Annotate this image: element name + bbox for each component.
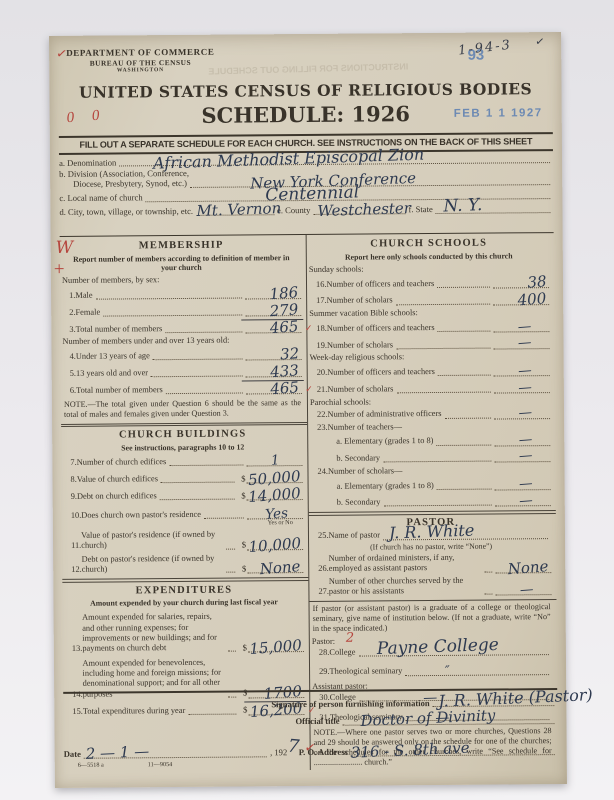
q17-number: 17. [309, 296, 327, 306]
q6-label: Total number of members [76, 385, 163, 396]
q1-answer: 186 [245, 289, 301, 299]
parochial-schools-group: Parochial schools: [310, 396, 550, 408]
section-divider [62, 577, 308, 583]
q5-answer: 433 [246, 367, 302, 377]
dotted-leader [437, 285, 490, 287]
q25-row: 25. Name of pastor J. R. White [311, 530, 551, 542]
q8-row: 8. Value of church edifices $ 50,000 [63, 473, 302, 485]
q17-label: Number of scholars [327, 296, 393, 307]
q7-label: Number of church edifices [77, 457, 167, 468]
q24-label: Number of scholars— [328, 467, 403, 478]
q28-label: College [329, 648, 355, 658]
expenditures-title: EXPENDITURES [64, 584, 303, 599]
sunday-schools-group: Sunday schools: [309, 263, 549, 275]
q16-answer: 38 [493, 278, 549, 288]
q19-label: Number of scholars [327, 340, 393, 351]
q25-hint: (If church has no pastor, write “None”) [311, 541, 551, 552]
q6-answer: 465✓ [246, 384, 302, 394]
dotted-leader [383, 504, 491, 507]
q17-value: 400 [517, 291, 547, 308]
q7-value: 1 [271, 454, 281, 468]
church-schools-subtitle: Report here only schools conducted by th… [313, 251, 545, 262]
q9-number: 9. [64, 492, 77, 502]
church-buildings-subtitle: See instructions, paragraphs 10 to 12 [67, 442, 298, 453]
q4-label: Under 13 years of age [76, 351, 150, 362]
dotted-leader [153, 358, 243, 361]
q17-answer: 400 [493, 295, 549, 305]
q24b-value: — [518, 494, 533, 509]
county-value: Westchester [317, 199, 411, 220]
q13-number: 13. [65, 644, 83, 654]
q11-number: 11. [64, 541, 81, 551]
q28-number: 28. [312, 648, 330, 658]
division-label-line2: Diocese, Presbytery, Synod, etc.) [59, 178, 187, 189]
q9-answer: 14,000 [247, 490, 303, 500]
q23b-row: b. Secondary — [310, 452, 550, 464]
q23b-value: — [518, 450, 533, 465]
dotted-leader [383, 459, 491, 462]
dotted-leader: J. R. White [383, 537, 548, 540]
expenditures-subtitle: Amount expended by your church during la… [68, 598, 299, 609]
q18-row: 18. Number of officers and teachers — [309, 322, 549, 334]
q27-label: Number of other churches served by the p… [329, 575, 482, 597]
agency-line-1: DEPARTMENT OF COMMERCE [66, 47, 214, 59]
official-title-row: Official title Doctor of Divinity [63, 715, 557, 729]
membership-note: NOTE.—The total given under Question 6 s… [64, 398, 301, 420]
dotted-leader [166, 391, 243, 394]
date-value: 2 — 1 — [86, 742, 150, 760]
dotted-leader [438, 374, 491, 376]
signature-label: Signature of person furnishing informati… [271, 698, 429, 710]
q18-answer: — [493, 322, 549, 332]
q27-row: 27. Number of other churches served by t… [311, 575, 551, 597]
q1-label: Male [75, 291, 92, 301]
q5-row: 5. 13 years old and over 433 [63, 367, 302, 379]
official-title-label: Official title [295, 716, 339, 727]
dotted-leader [204, 517, 244, 519]
census-form: ✓ 0 0 W + 93 1-94-3 ✓ FEB 1 1 1927 INSTR… [58, 40, 558, 782]
q10-label: Does church own pastor's residence [81, 510, 201, 521]
q12-row: 12. Debt on pastor's residence (if owned… [64, 553, 303, 575]
q3-label: Total number of members [76, 324, 163, 335]
q2-label: Female [75, 307, 100, 317]
dollar-sign: $ [242, 563, 246, 574]
form-title: UNITED STATES CENSUS OF RELIGIOUS BODIES [58, 80, 552, 103]
q13-answer: 15,000 [248, 642, 304, 652]
q5-label: 13 years old and over [76, 368, 148, 379]
q22-value: — [518, 406, 533, 421]
form-columns: MEMBERSHIP Report number of members acco… [60, 232, 558, 690]
q28-row: 28. College Payne College [312, 646, 552, 658]
q18-value: — [517, 320, 532, 335]
signature-section: Signature of person furnishing informati… [63, 688, 558, 778]
census-form-paper: ✓ 0 0 W + 93 1-94-3 ✓ FEB 1 1 1927 INSTR… [49, 32, 567, 788]
q20-label: Number of officers and teachers [327, 367, 435, 378]
dotted-leader: N. Y. [436, 211, 551, 214]
q24b-row: b. Secondary — [311, 496, 551, 508]
q4-row: 4. Under 13 years of age 32 [63, 350, 302, 362]
q28-value: Payne College [376, 635, 499, 660]
q3-row: 3. Total number of members 465✓ [62, 323, 301, 335]
q2-answer: 279 [245, 306, 301, 316]
dotted-leader: Payne College [358, 653, 548, 656]
q21-label: Number of scholars [327, 384, 393, 395]
dotted-leader [226, 547, 235, 549]
dotted-leader [151, 375, 243, 378]
q24-number: 24. [310, 467, 328, 477]
dotted-leader [437, 487, 492, 489]
dotted-leader: New York Conference [190, 183, 550, 188]
q29-number: 29. [312, 667, 330, 677]
q13-row: 13. Amount expended for salaries, repair… [65, 611, 304, 654]
state-value: N. Y. [443, 195, 483, 217]
q25-label: Name of pastor [328, 531, 380, 542]
signature-value: J. R. White (Pastor) [438, 686, 593, 711]
q9-label: Debt on church edifices [77, 491, 157, 502]
q7-row: 7. Number of church edifices 1 [63, 456, 302, 468]
q27-answer: — [495, 585, 551, 595]
q10-value: Yes [265, 507, 289, 522]
dotted-leader [161, 481, 234, 484]
city-label: d. City, town, village, or township, etc… [59, 206, 193, 218]
q4-number: 4. [63, 352, 76, 362]
weekday-schools-group: Week-day religious schools: [310, 351, 550, 363]
identification-section: a. Denomination African Methodist Episco… [59, 150, 553, 218]
q22-answer: — [494, 409, 550, 419]
city-value: Mt. Vernon [196, 199, 281, 220]
dotted-leader [436, 443, 491, 445]
q27-value: — [519, 583, 534, 598]
q3-number: 3. [62, 324, 75, 334]
q2-row: 2. Female 279 [62, 306, 301, 318]
dotted-leader [438, 330, 491, 332]
date-address-row: Date 2 — 1 — , 192 7 P. O. Address 316 -… [64, 734, 558, 760]
q24a-label: a. Elementary (grades 1 to 8) [337, 481, 434, 492]
section-divider [61, 422, 307, 428]
q19-row: 19. Number of scholars — [309, 339, 549, 351]
q24a-value: — [518, 478, 533, 493]
q26-row: 26. Number of ordained ministers, if any… [311, 552, 551, 574]
q3-value: 465 [270, 319, 300, 336]
q26-number: 26. [311, 564, 329, 574]
q5-number: 5. [63, 369, 76, 379]
dotted-leader [396, 302, 490, 305]
dollar-sign: $ [241, 473, 245, 484]
q23b-label: b. Secondary [336, 453, 380, 464]
dotted-leader [160, 498, 235, 501]
dotted-leader [103, 314, 242, 317]
q21-number: 21. [310, 385, 328, 395]
q13-value: 15,000 [248, 639, 302, 658]
q26-label: Number of ordained ministers, if any, em… [329, 553, 482, 575]
graduate-note: If pastor (or assistant pastor) is a gra… [313, 602, 551, 633]
number-annotation: 1-94-3 [458, 38, 513, 60]
dotted-leader [228, 650, 236, 652]
dotted-leader: ″ [405, 673, 549, 676]
dotted-leader [396, 391, 490, 394]
q21-value: — [517, 381, 532, 396]
po-address-value: 316 - S. 8th ave [351, 739, 470, 759]
members-by-sex-group: Number of members, by sex: [62, 274, 301, 286]
q23-row: 23. Number of teachers— [310, 421, 550, 433]
q25-value: J. R. White [389, 520, 475, 542]
bleed-through-text: INSTRUCTIONS FOR FILLING OUT SCHEDULE [208, 61, 408, 77]
dotted-leader [169, 464, 243, 467]
dollar-sign: $ [242, 540, 246, 551]
q20-answer: — [494, 366, 550, 376]
church-buildings-title: CHURCH BUILDINGS [63, 428, 302, 443]
print-code: 11—9054 [148, 761, 173, 769]
q7-answer: 1 [246, 456, 302, 466]
agency-block: DEPARTMENT OF COMMERCE BUREAU OF THE CEN… [66, 47, 214, 75]
dotted-leader [96, 297, 243, 300]
q16-label: Number of officers and teachers [326, 279, 434, 290]
q9-value: 14,000 [247, 486, 301, 505]
q27-number: 27. [311, 587, 329, 597]
q2-number: 2. [62, 308, 75, 318]
q23b-answer: — [494, 452, 550, 462]
q8-number: 8. [64, 475, 77, 485]
dotted-leader: Westchester [313, 212, 405, 215]
dotted-leader: Mt. Vernon [196, 213, 274, 216]
q1-number: 1. [62, 291, 75, 301]
q21-answer: — [494, 383, 550, 393]
q10-row: 10. Does church own pastor's residence Y… [64, 509, 303, 521]
q22-number: 22. [310, 410, 328, 420]
dotted-leader [396, 346, 490, 349]
q9-row: 9. Debt on church edifices $ 14,000 [64, 490, 303, 502]
q23a-answer: — [494, 436, 550, 446]
q6-row: 6. Total number of members 465✓ [63, 384, 302, 396]
pencil-check-mark: ✓ [534, 36, 545, 51]
date-label: Date [64, 749, 81, 760]
state-label: f. State [408, 204, 432, 215]
year-printed: , 192 [270, 748, 287, 759]
dotted-leader [484, 570, 492, 572]
q16-row: 16. Number of officers and teachers 38 [309, 278, 549, 290]
date-line: 2 — 1 — [84, 755, 267, 758]
dotted-leader [226, 571, 235, 573]
q4-answer: 32 [246, 350, 302, 360]
q8-answer: 50,000 [246, 473, 302, 483]
q8-label: Value of church edifices [77, 474, 158, 485]
q25-number: 25. [311, 531, 329, 541]
city-county-state-row: d. City, town, village, or township, etc… [59, 204, 553, 218]
section-divider [309, 510, 556, 516]
q17-row: 17. Number of scholars 400 [309, 294, 549, 306]
denomination-label: a. Denomination [59, 157, 116, 168]
q22-label: Number of administrative officers [327, 409, 441, 420]
q3-answer: 465✓ [245, 323, 301, 333]
q23a-row: a. Elementary (grades 1 to 8) — [310, 435, 550, 447]
q12-label: Debt on pastor's residence (if owned by … [82, 553, 224, 575]
q22-row: 22. Number of administrative officers — [310, 408, 550, 420]
q12-value: None [260, 559, 302, 577]
members-by-age-group: Number of members under and over 13 year… [62, 335, 301, 347]
q23-label: Number of teachers— [328, 422, 403, 433]
q20-row: 20. Number of officers and teachers — [310, 366, 550, 378]
q19-answer: — [493, 339, 549, 349]
po-address-line: 316 - S. 8th ave [351, 753, 555, 757]
q10-answer: Yes [247, 509, 303, 519]
scanned-census-document: { "colors": {"paper":"#d6cebc","ink":"#3… [0, 0, 614, 800]
q11-row: 11. Value of pastor's residence (if owne… [64, 529, 303, 551]
po-address-label: P. O. Address [299, 747, 348, 758]
form-schedule-title: SCHEDULE: 1926 [59, 100, 553, 129]
q26-answer: None [495, 563, 551, 573]
county-label: e. County [277, 205, 311, 216]
q23a-value: — [518, 433, 533, 448]
q23a-label: a. Elementary (grades 1 to 8) [336, 436, 433, 447]
q24b-label: b. Secondary [337, 497, 381, 508]
red-two-annotation: 2 [346, 630, 354, 646]
pastor-subheader-label: Pastor: [312, 637, 335, 647]
dotted-leader [165, 330, 242, 333]
q10-number: 10. [64, 511, 82, 521]
dollar-sign: $ [241, 490, 245, 501]
date-group: Date 2 — 1 — , 192 7 [64, 736, 299, 760]
q19-value: — [517, 337, 532, 352]
q16-value: 38 [527, 274, 547, 290]
q23-number: 23. [310, 423, 328, 433]
q12-number: 12. [64, 565, 82, 575]
official-title-value: Doctor of Divinity [360, 706, 495, 728]
q11-label: Value of pastor's residence (if owned by… [81, 530, 223, 552]
q11-answer: 10,000 [247, 540, 303, 550]
q6-value: 465 [270, 380, 300, 397]
local-name-label: c. Local name of church [59, 193, 142, 204]
q20-number: 20. [310, 368, 328, 378]
form-code: 6—5518 a [78, 762, 104, 770]
q24a-row: a. Elementary (grades 1 to 8) — [311, 480, 551, 492]
summer-bible-schools-group: Summer vacation Bible schools: [309, 307, 549, 319]
q13-label: Amount expended for salaries, repairs, a… [82, 612, 225, 654]
official-title-line: Doctor of Divinity [343, 722, 555, 726]
q20-value: — [517, 364, 532, 379]
q18-label: Number of officers and teachers [327, 323, 435, 334]
dotted-leader [445, 416, 491, 418]
q16-number: 16. [309, 279, 327, 289]
church-schools-title: CHURCH SCHOOLS [309, 237, 549, 252]
q21-row: 21. Number of scholars — [310, 383, 550, 395]
q29-value: ″ [445, 663, 450, 679]
year-written: 7 [286, 736, 300, 759]
q12-answer: None [247, 563, 303, 573]
q18-number: 18. [309, 324, 327, 334]
q29-row: 29. Theological seminary ″ [312, 665, 552, 677]
q19-number: 19. [309, 340, 327, 350]
q7-number: 7. [63, 458, 76, 468]
q24-row: 24. Number of scholars— [310, 465, 550, 477]
q24a-answer: — [495, 480, 551, 490]
q6-number: 6. [63, 385, 76, 395]
dotted-leader [484, 593, 492, 595]
q1-row: 1. Male 186 [62, 289, 301, 301]
q24b-answer: — [495, 496, 551, 506]
po-address-group: P. O. Address 316 - S. 8th ave [299, 745, 558, 758]
membership-subtitle: Report number of members according to de… [66, 253, 297, 274]
dollar-sign: $ [243, 642, 247, 653]
membership-title: MEMBERSHIP [62, 239, 301, 254]
agency-line-3: WASHINGTON [66, 67, 214, 75]
q29-label: Theological seminary [329, 667, 402, 678]
